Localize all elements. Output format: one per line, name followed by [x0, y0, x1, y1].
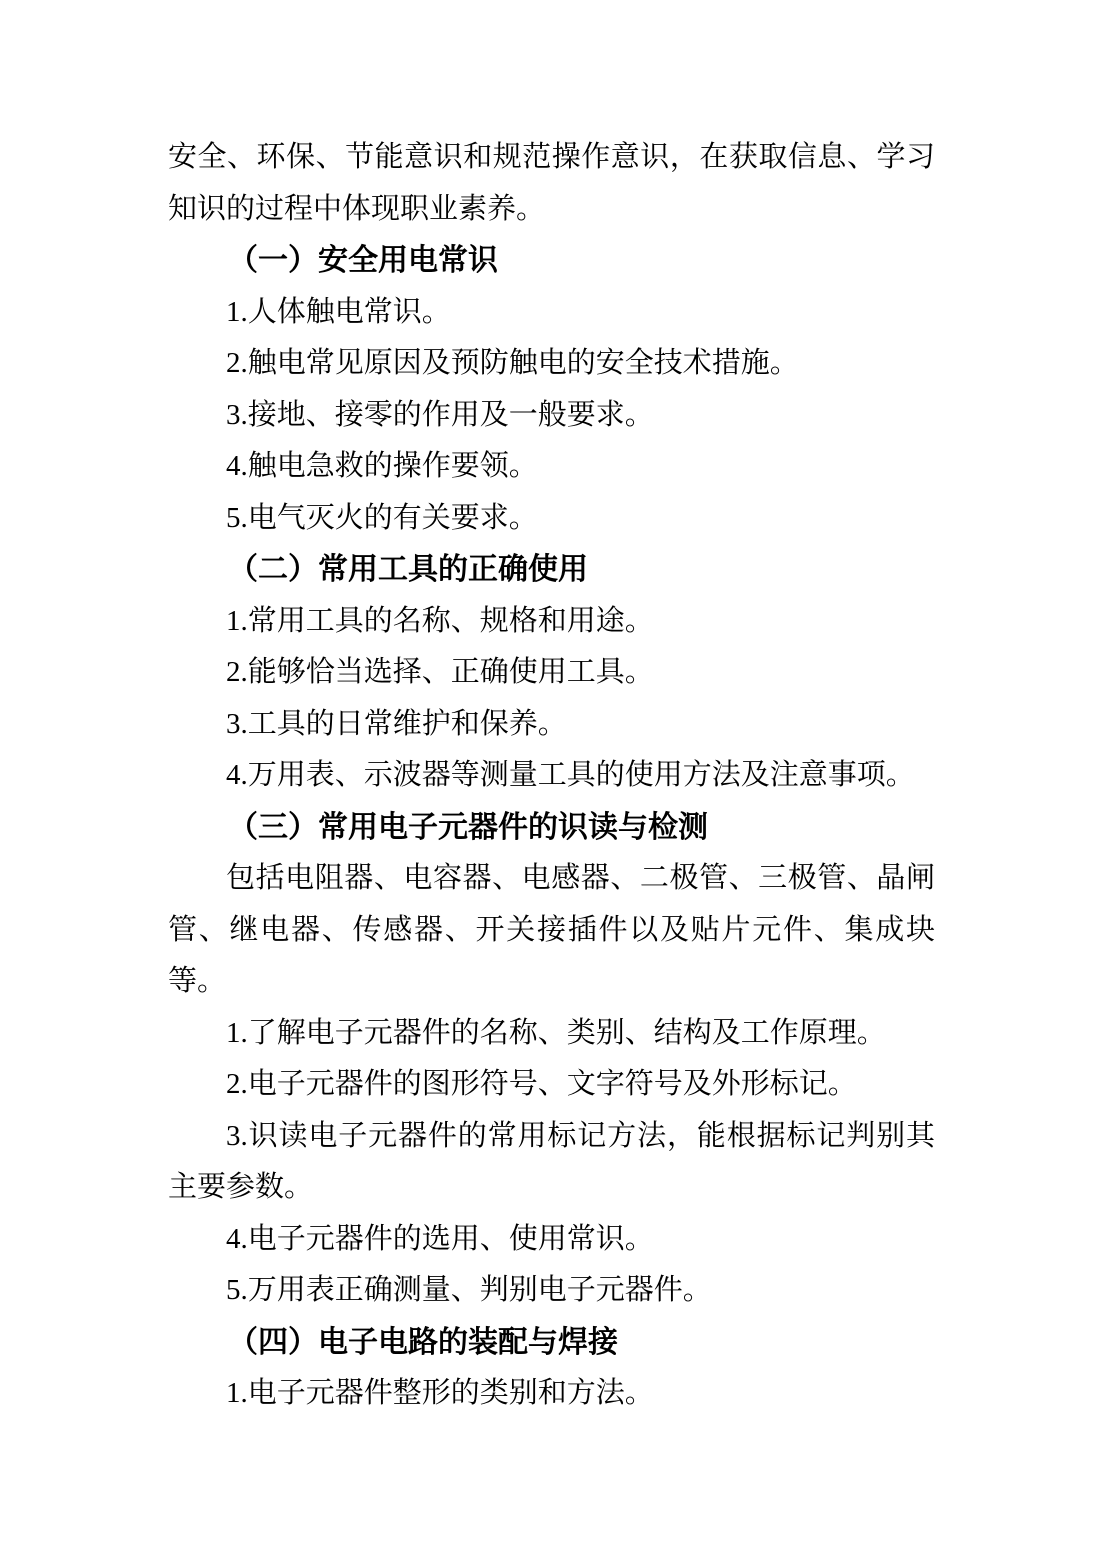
list-item: 1.常用工具的名称、规格和用途。	[168, 596, 935, 648]
list-item: 4.触电急救的操作要领。	[168, 441, 935, 493]
list-item: 5.万用表正确测量、判别电子元器件。	[168, 1265, 935, 1317]
section-heading-3: （三）常用电子元器件的识读与检测	[168, 802, 935, 854]
list-item: 5.电气灭火的有关要求。	[168, 493, 935, 545]
section-heading-2: （二）常用工具的正确使用	[168, 544, 935, 596]
list-item: 2.电子元器件的图形符号、文字符号及外形标记。	[168, 1059, 935, 1111]
list-item: 1.人体触电常识。	[168, 287, 935, 339]
document-page: 安全、环保、节能意识和规范操作意识，在获取信息、学习知识的过程中体现职业素养。 …	[0, 0, 1102, 1559]
list-item: 3.工具的日常维护和保养。	[168, 699, 935, 751]
list-item: 2.能够恰当选择、正确使用工具。	[168, 647, 935, 699]
section-heading-1: （一）安全用电常识	[168, 235, 935, 287]
list-item: 1.了解电子元器件的名称、类别、结构及工作原理。	[168, 1008, 935, 1060]
list-item: 2.触电常见原因及预防触电的安全技术措施。	[168, 338, 935, 390]
list-item: 3.识读电子元器件的常用标记方法，能根据标记判别其主要参数。	[168, 1111, 935, 1214]
list-item: 3.接地、接零的作用及一般要求。	[168, 390, 935, 442]
section-heading-4: （四）电子电路的装配与焊接	[168, 1317, 935, 1369]
list-item: 4.万用表、示波器等测量工具的使用方法及注意事项。	[168, 750, 935, 802]
body-paragraph: 安全、环保、节能意识和规范操作意识，在获取信息、学习知识的过程中体现职业素养。	[168, 132, 935, 235]
body-paragraph: 包括电阻器、电容器、电感器、二极管、三极管、晶闸管、继电器、传感器、开关接插件以…	[168, 853, 935, 1008]
list-item: 1.电子元器件整形的类别和方法。	[168, 1368, 935, 1420]
list-item: 4.电子元器件的选用、使用常识。	[168, 1214, 935, 1266]
document-content: 安全、环保、节能意识和规范操作意识，在获取信息、学习知识的过程中体现职业素养。 …	[168, 132, 935, 1420]
